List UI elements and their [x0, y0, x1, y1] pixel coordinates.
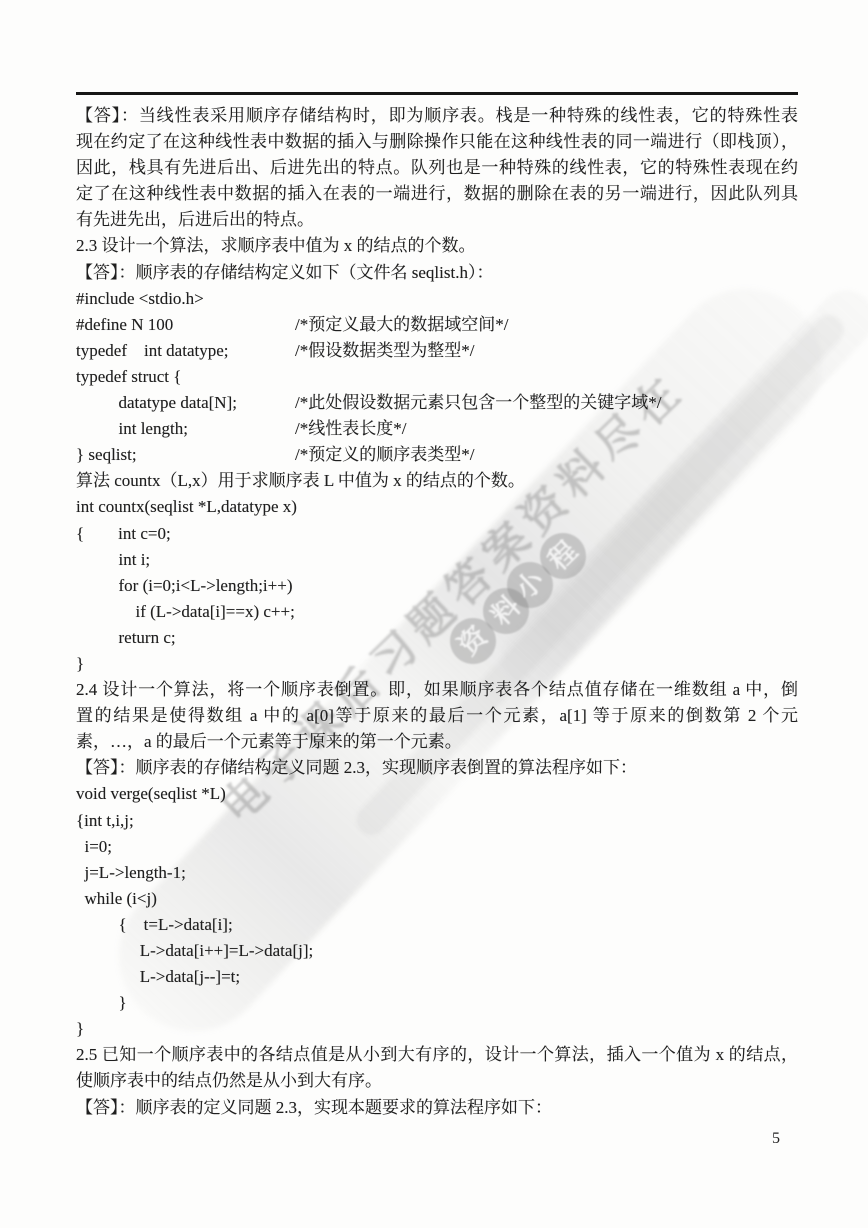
text-line: 【答】：顺序表的存储结构定义如下（文件名 seqlist.h）： [76, 260, 798, 286]
code-line: #include <stdio.h> [76, 286, 798, 312]
text-line: 置的结果是使得数组 a 中的 a[0]等于原来的最后一个元素，a[1] 等于原来… [76, 703, 798, 729]
code-line: return c; [76, 625, 798, 651]
code-line: } [76, 990, 798, 1016]
code-line: #define N 100/*预定义最大的数据域空间*/ [76, 312, 798, 338]
code-line: } [76, 651, 798, 677]
text-line: 算法 countx（L,x）用于求顺序表 L 中值为 x 的结点的个数。 [76, 468, 798, 494]
code-line: typedef int datatype;/*假设数据类型为整型*/ [76, 338, 798, 364]
code-comment: /*线性表长度*/ [295, 416, 406, 442]
text-line: 2.4 设计一个算法，将一个顺序表倒置。即，如果顺序表各个结点值存储在一维数组 … [76, 677, 798, 703]
code-line: int i; [76, 547, 798, 573]
code-line: { int c=0; [76, 521, 798, 547]
code-comment: /*预定义的顺序表类型*/ [295, 442, 474, 468]
text-line: 使顺序表中的结点仍然是从小到大有序。 [76, 1068, 798, 1094]
code-comment: /*此处假设数据元素只包含一个整型的关键字域*/ [295, 390, 661, 416]
code-line: datatype data[N];/*此处假设数据元素只包含一个整型的关键字域*… [76, 390, 798, 416]
code-line: typedef struct { [76, 364, 798, 390]
code-line: } seqlist;/*预定义的顺序表类型*/ [76, 442, 798, 468]
page-number: 5 [766, 1130, 786, 1148]
text-line: 定了在这种线性表中数据的插入在表的一端进行，数据的删除在表的另一端进行，因此队列… [76, 181, 798, 207]
text-content: 【答】：当线性表采用顺序存储结构时，即为顺序表。栈是一种特殊的线性表，它的特殊性… [76, 103, 798, 1121]
code-line: for (i=0;i<L->length;i++) [76, 573, 798, 599]
text-line: 2.5 已知一个顺序表中的各结点值是从小到大有序的，设计一个算法，插入一个值为 … [76, 1042, 798, 1068]
code-line: { t=L->data[i]; [76, 912, 798, 938]
code-line: int countx(seqlist *L,datatype x) [76, 494, 798, 520]
code-line: i=0; [76, 834, 798, 860]
text-line: 2.3 设计一个算法，求顺序表中值为 x 的结点的个数。 [76, 233, 798, 259]
document-page: 电子课后习题答案资料尽在 资料小程 【答】：当线性表采用顺序存储结构时，即为顺序… [0, 0, 868, 1228]
text-line: 素，…，a 的最后一个元素等于原来的第一个元素。 [76, 729, 798, 755]
code-comment: /*预定义最大的数据域空间*/ [295, 312, 508, 338]
code-line: void verge(seqlist *L) [76, 781, 798, 807]
code-line: while (i<j) [76, 886, 798, 912]
text-line: 有先进先出，后进后出的特点。 [76, 207, 798, 233]
code-line: L->data[i++]=L->data[j]; [76, 938, 798, 964]
code-line: L->data[j--]=t; [76, 964, 798, 990]
header-rule [76, 92, 798, 95]
text-line: 【答】：顺序表的存储结构定义同题 2.3，实现顺序表倒置的算法程序如下： [76, 755, 798, 781]
text-line: 【答】：顺序表的定义同题 2.3，实现本题要求的算法程序如下： [76, 1095, 798, 1121]
code-line: if (L->data[i]==x) c++; [76, 599, 798, 625]
code-line: int length;/*线性表长度*/ [76, 416, 798, 442]
text-line: 因此，栈具有先进后出、后进先出的特点。队列也是一种特殊的线性表，它的特殊性表现在… [76, 155, 798, 181]
code-line: {int t,i,j; [76, 808, 798, 834]
code-line: } [76, 1016, 798, 1042]
code-comment: /*假设数据类型为整型*/ [295, 338, 474, 364]
code-line: j=L->length-1; [76, 860, 798, 886]
text-line: 现在约定了在这种线性表中数据的插入与删除操作只能在这种线性表的同一端进行（即栈顶… [76, 129, 798, 155]
text-line: 【答】：当线性表采用顺序存储结构时，即为顺序表。栈是一种特殊的线性表，它的特殊性… [76, 103, 798, 129]
